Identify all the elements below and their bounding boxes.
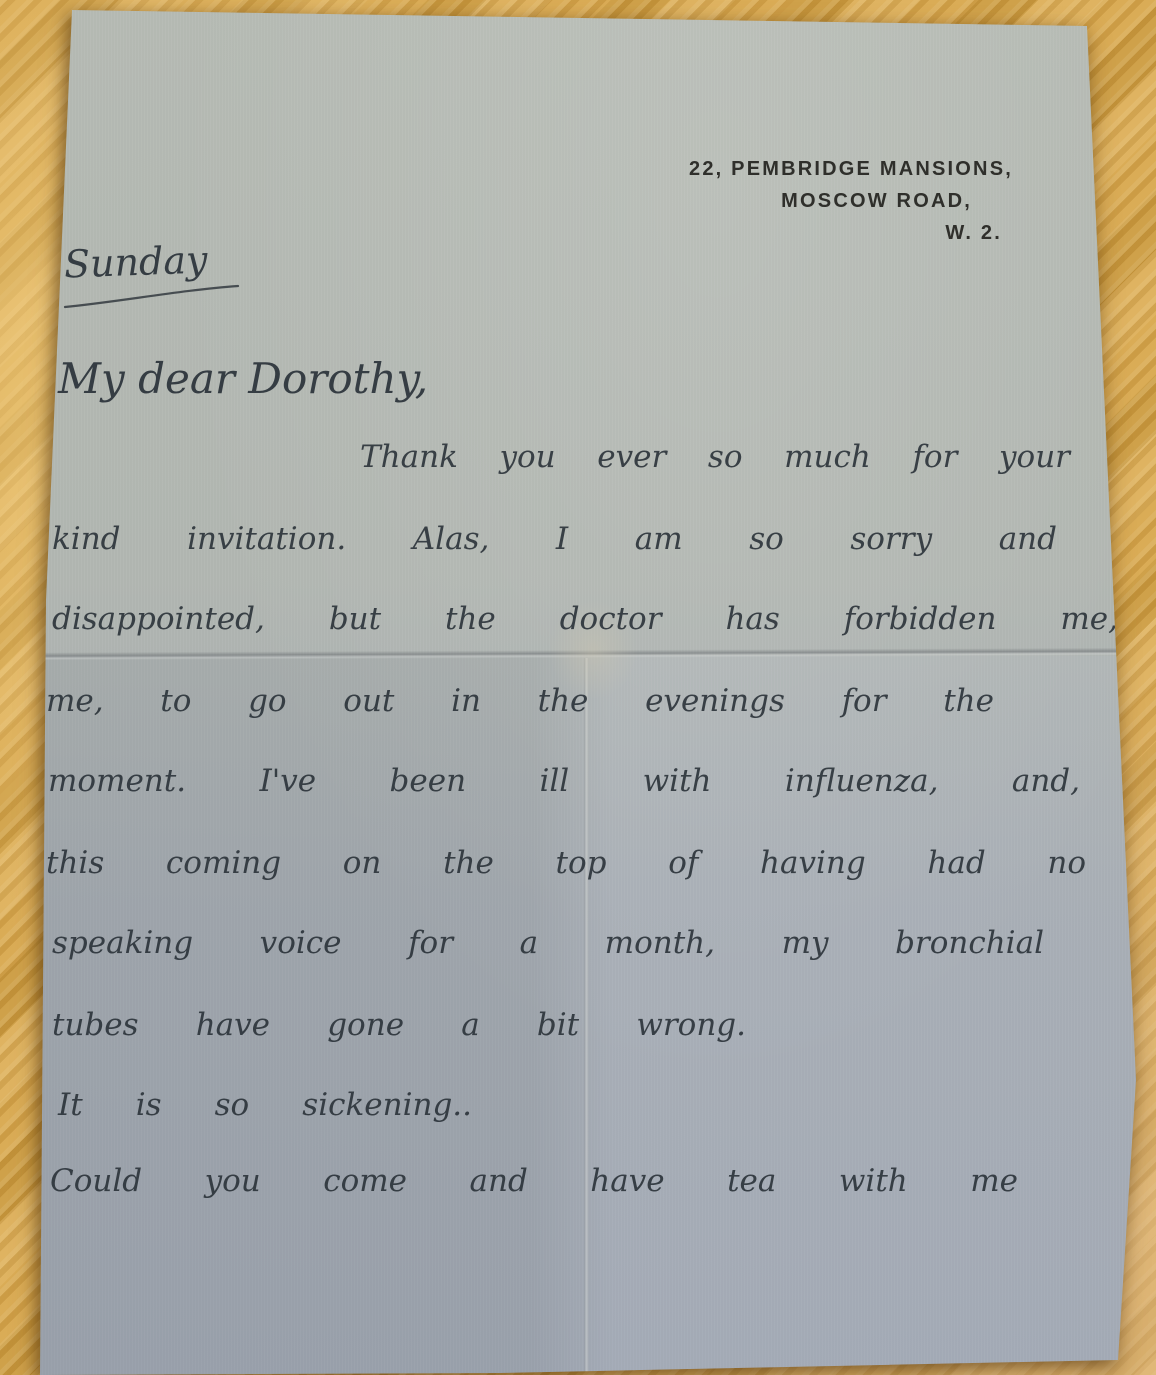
letterhead-address-line-2: MOSCOW ROAD, xyxy=(781,190,972,213)
body-line-3: disappointed, but the doctor has forbidd… xyxy=(52,600,1118,639)
body-line-6: this coming on the top of having had no xyxy=(46,844,1086,883)
photo-of-letter-on-wooden-table: 22, PEMBRIDGE MANSIONS, MOSCOW ROAD, W. … xyxy=(0,0,1156,1375)
letterhead-address-line-3: W. 2. xyxy=(945,222,1002,245)
letterhead-address-line-1: 22, PEMBRIDGE MANSIONS, xyxy=(689,158,1013,181)
body-line-9: It is so sickening.. xyxy=(58,1086,472,1125)
body-line-5: moment. I've been ill with influenza, an… xyxy=(48,762,1080,801)
body-line-4: me, to go out in the evenings for the xyxy=(46,682,994,721)
body-line-2: kind invitation. Alas, I am so sorry and xyxy=(52,520,1057,559)
body-line-7: speaking voice for a month, my bronchial xyxy=(52,924,1044,963)
salutation: My dear Dorothy, xyxy=(58,354,428,403)
letter-paper: 22, PEMBRIDGE MANSIONS, MOSCOW ROAD, W. … xyxy=(0,0,1156,1375)
body-line-8: tubes have gone a bit wrong. xyxy=(52,1006,746,1045)
paper-shadow: 22, PEMBRIDGE MANSIONS, MOSCOW ROAD, W. … xyxy=(0,0,1156,1375)
body-line-1: Thank you ever so much for your xyxy=(360,438,1070,477)
body-line-10: Could you come and have tea with me xyxy=(50,1162,1018,1201)
date-underline-flourish xyxy=(62,282,242,312)
handwritten-date: Sunday xyxy=(63,238,208,287)
